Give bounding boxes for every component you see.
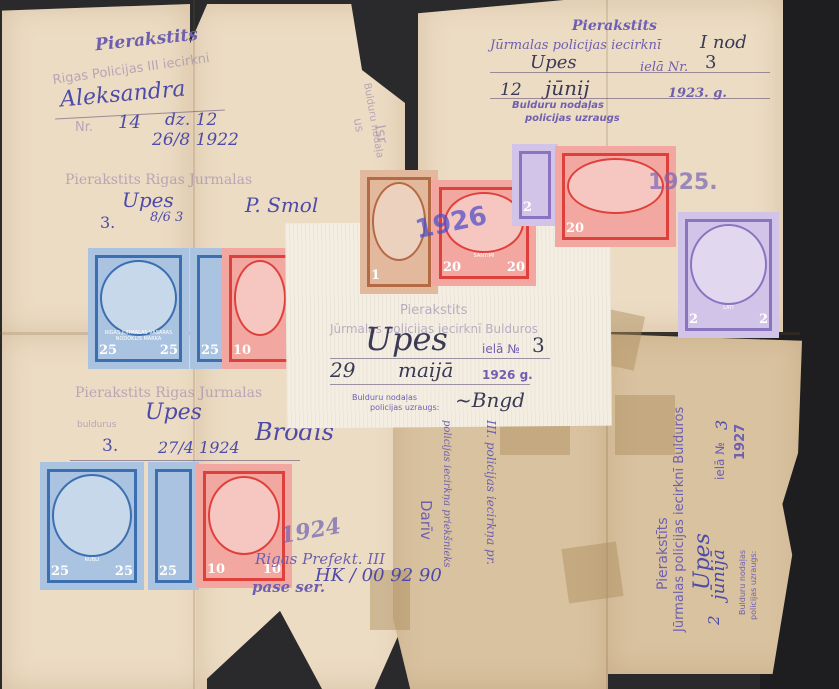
stamp-value: 25 (115, 564, 133, 579)
stamp-year-rotated: 1927 (733, 424, 748, 460)
revenue-stamp: LATI 2 2 (678, 212, 779, 338)
handwritten-street: Upes (122, 188, 174, 212)
stamp-office-rotated: Bulduru nodaļas (738, 550, 747, 615)
stamp-value: 2 (523, 200, 532, 215)
handwritten-date: 8/6 3 (150, 210, 183, 225)
rule (70, 460, 300, 461)
stamp-title: Pierakstits Rigas Jurmalas (75, 385, 262, 401)
stamp-caption: RUBLI (51, 557, 133, 563)
handwritten-street: Upes (365, 320, 448, 358)
stamp-value: 2 (759, 312, 768, 327)
handwritten-number: 3 (705, 52, 716, 73)
handwritten-serial: HK / 00 92 90 (315, 565, 442, 586)
stamp-value: 25 (160, 343, 178, 358)
handwritten-date: 27/4 1924 (158, 438, 240, 457)
stamp-caption: SANTIMI (443, 253, 525, 259)
rule (490, 72, 770, 73)
stamp-line-rotated: III. policijas iecirkņa pr. (484, 420, 498, 565)
stamp-value: 20 (507, 260, 525, 275)
handwritten-street: Upes (530, 52, 577, 73)
stamp-value: 1 (371, 268, 380, 283)
stamp-title: Pierakstits (400, 303, 467, 318)
stamp-office: Bulduru nodaļas (352, 393, 417, 402)
stamp-no-label: Nr. (75, 120, 93, 135)
stamp-iela-rotated: ielā № (713, 442, 727, 480)
stamp-value: 25 (159, 564, 177, 579)
stamp-office: policijas uzraugs (525, 113, 620, 124)
handwritten-date: 26/8 1922 (152, 130, 239, 150)
stamp-caption: LATI (689, 305, 768, 311)
stamp-office: policijas uzraugs: (370, 403, 439, 412)
handwritten-number: 3. (100, 213, 115, 232)
rule (490, 98, 770, 99)
handwritten-day-rotated: 2 (705, 615, 723, 625)
handwritten-number-rotated: 3 (712, 420, 731, 430)
fragment-text: us (351, 117, 367, 133)
revenue-stamp: 25 (148, 462, 199, 590)
handwritten-month: maijā (398, 358, 453, 382)
tape-patch (561, 541, 623, 603)
revenue-stamp: 20 (555, 146, 676, 247)
handwritten-district: I nod (700, 32, 747, 53)
revenue-stamp: RIGAS JURMALAS VASARAS NODOKLIS MARKA 25… (88, 248, 189, 369)
stamp-value: 25 (201, 343, 219, 358)
tape-patch (615, 395, 675, 455)
handwritten-date-month: jūnij (545, 76, 590, 100)
cancellation-mark: 1925. (648, 170, 718, 195)
stamp-line-rotated: policijas iecirkņa priekšnieks (441, 420, 452, 568)
revenue-stamp: 10 10 (196, 464, 292, 588)
stamp-value: 25 (51, 564, 69, 579)
handwritten-date-day: 12 (500, 80, 522, 100)
handwritten-number: 14 (118, 112, 141, 133)
handwritten-number: 3. (102, 436, 118, 456)
stamp-line-rotated: Darīv (417, 500, 435, 540)
stamp-value: 10 (207, 562, 225, 577)
stamp-value: 20 (566, 221, 584, 236)
stamp-value: 2 (689, 312, 698, 327)
revenue-stamp: RUBLI 25 25 (40, 462, 144, 590)
revenue-stamp: 2 (512, 144, 558, 226)
handwritten-street: Upes (145, 400, 202, 425)
handwritten-signature: P. Smol (245, 193, 318, 217)
stamp-office-rotated: policijas uzraugs: (749, 551, 758, 620)
paper-bottom-right (606, 334, 802, 674)
handwritten-signature: ~Bngd (455, 388, 525, 412)
rule (330, 384, 530, 385)
stamp-label: buldurus (77, 420, 116, 430)
handwritten-number: 3 (532, 333, 545, 357)
stamp-title-rotated: Pierakstīts (655, 517, 671, 590)
handwritten-month-rotated: jūnijā (708, 549, 729, 600)
stamp-caption: RIGAS JURMALAS VASARAS NODOKLIS MARKA (99, 330, 178, 342)
stamp-office: Bulduru nodaļas (512, 100, 604, 111)
handwritten-day: 29 (330, 358, 355, 382)
stamp-year: 1926 g. (482, 368, 533, 382)
stamp-title: Pierakstits Rigas Jurmalas (65, 172, 252, 188)
stamp-line: Jūrmalas policijas iecirknī (490, 38, 661, 53)
stamp-iela-label: ielā № (482, 342, 520, 356)
stamp-iela-label: ielā Nr. (640, 60, 688, 75)
stamp-line-rotated: Jūrmalas policijas iecirknī Bulduros (672, 407, 687, 632)
stamp-value: 20 (443, 260, 461, 275)
stamp-title: Pierakstits (572, 18, 657, 34)
stamp-value: 25 (99, 343, 117, 358)
handwritten-apt: dz. 12 (165, 110, 217, 130)
stamp-value: 10 (233, 343, 251, 358)
